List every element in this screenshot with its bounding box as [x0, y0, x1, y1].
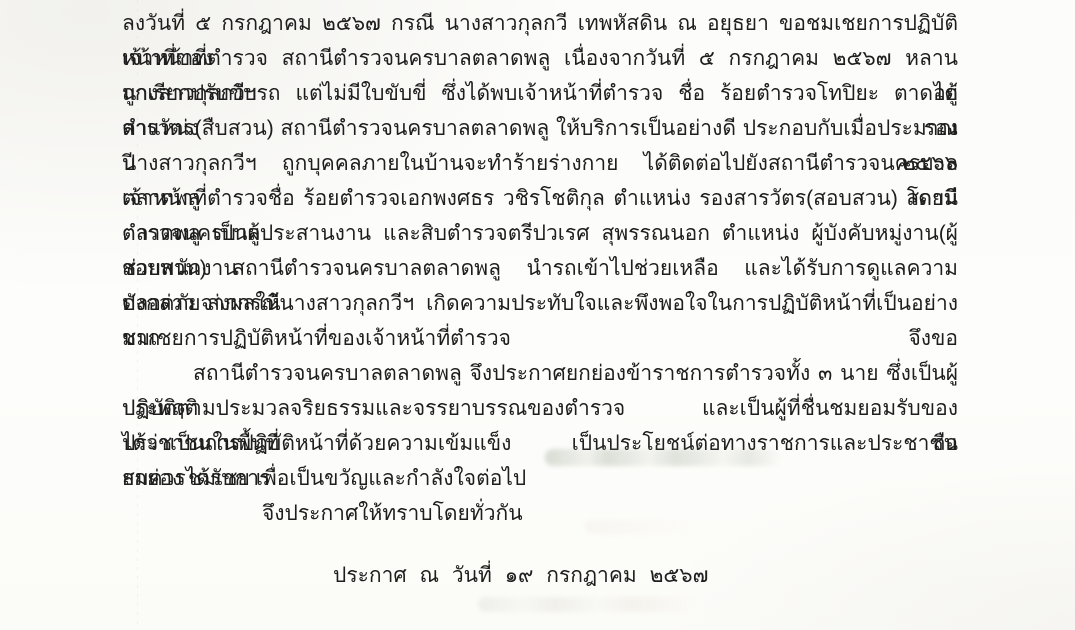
doc-date-line: ประกาศ ณ วันที่ ๑๙ กรกฎาคม ๒๕๖๗ [333, 558, 958, 593]
doc-line: นางสาวกุลกวีฯ ถูกบุคคลภายในบ้านจะทำร้ายร… [122, 146, 958, 181]
doc-line: ยกย่อง ชมเชย เพื่อเป็นขวัญและกำลังใจต่อไ… [122, 461, 958, 496]
doc-line: ปฏิบัติตามประมวลจริยธรรมและจรรยาบรรณของต… [122, 391, 958, 426]
doc-line: ดังกล่าว ส่งผลให้นางสาวกุลกวีฯ เกิดความป… [122, 286, 958, 321]
bleedthrough-mark [478, 597, 698, 612]
doc-line: เจ้าหน้าที่ตำรวจ สถานีตำรวจนครบาลตลาดพลู… [122, 41, 958, 76]
doc-line: สอบสวน) สถานีตำรวจนครบาลตลาดพลู นำรถเข้า… [122, 251, 958, 286]
scanned-page: ลงวันที่ ๕ กรกฎาคม ๒๕๖๗ กรณี นางสาวกุลกว… [0, 0, 1075, 630]
doc-line: ได้ว่าเป็นการปฏิบัติหน้าที่ด้วยความเข้มแ… [122, 426, 958, 461]
doc-line: สถานีตำรวจนครบาลตลาดพลู จึงประกาศยกย่องข… [122, 356, 958, 391]
doc-line: เจ้าหน้าที่ตำรวจชื่อ ร้อยตำรวจเอกพงศธร ว… [122, 181, 958, 216]
document-body: ลงวันที่ ๕ กรกฎาคม ๒๕๖๗ กรณี นางสาวกุลกว… [122, 6, 958, 593]
doc-line: สารวัตร(สืบสวน) สถานีตำรวจนครบาลตลาดพลู … [122, 111, 958, 146]
doc-line: ถูกเรียกปรับขับรถ แต่ไม่มีใบขับขี่ ซึ่งไ… [122, 76, 958, 111]
doc-closing-line: จึงประกาศให้ทราบโดยทั่วกัน [262, 496, 958, 531]
doc-line: ตลาดพลู เป็นผู้ประสานงาน และสิบตำรวจตรีป… [122, 216, 958, 251]
doc-line: ลงวันที่ ๕ กรกฎาคม ๒๕๖๗ กรณี นางสาวกุลกว… [122, 6, 958, 41]
